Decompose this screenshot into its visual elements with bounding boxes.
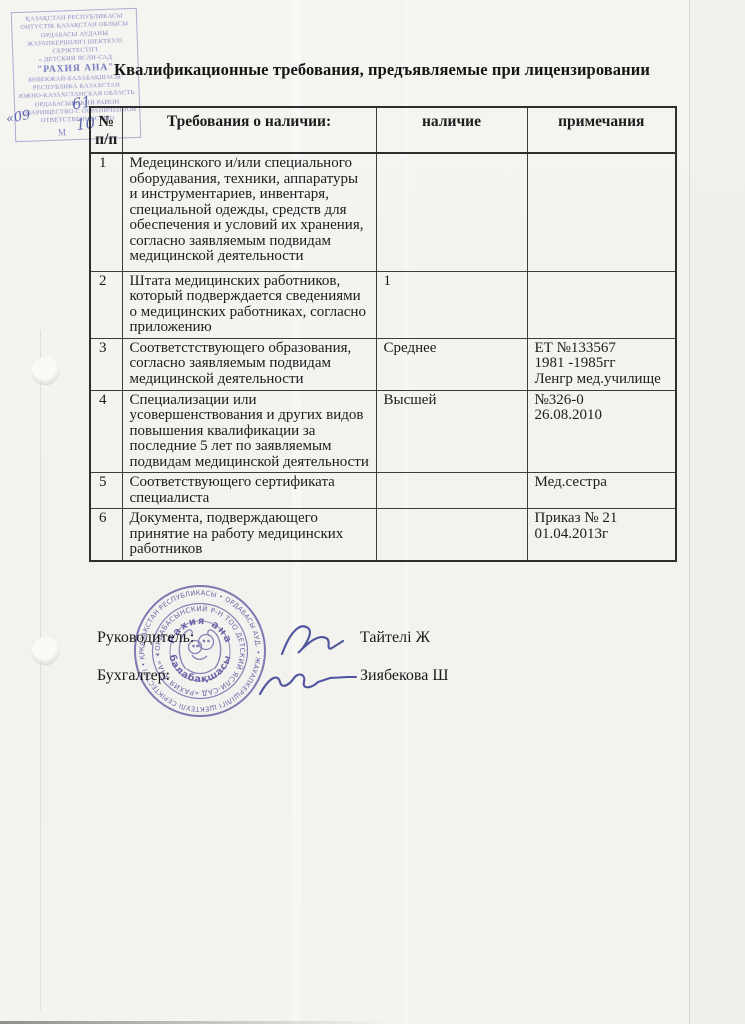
table-header-row: № п/п Требования о наличии: наличие прим…: [90, 107, 676, 153]
cell-note: №326-0 26.08.2010: [527, 390, 676, 473]
cell-availability: 1: [376, 271, 527, 338]
cell-note: [527, 271, 676, 338]
cell-note: Приказ № 21 01.04.2013г: [527, 509, 676, 561]
accountant-signature: [260, 675, 356, 694]
col-header-num: № п/п: [90, 107, 122, 153]
cell-note: [527, 153, 676, 271]
cell-availability: [376, 509, 527, 561]
table-row: 3 Соответстствующего образования, соглас…: [90, 338, 676, 390]
scan-edge-line: [689, 0, 690, 1024]
director-signature: [282, 626, 343, 654]
signature-name-accountant: Зиябекова Ш: [360, 667, 449, 685]
cell-note: ЕТ №133567 1981 -1985гг Ленгр мед.училищ…: [527, 338, 676, 390]
cell-requirement: Штата медицинских работников, который по…: [122, 271, 376, 338]
requirements-table: № п/п Требования о наличии: наличие прим…: [89, 106, 677, 562]
scanned-document-page: ҚАЗАҚСТАН РЕСПУБЛИКАСЫ ОҢТҮСТІК ҚАЗАҚСТА…: [0, 0, 745, 1024]
cell-requirement: Соответстствующего образования, согласно…: [122, 338, 376, 390]
table-row: 2 Штата медицинских работников, который …: [90, 271, 676, 338]
col-header-note: примечания: [527, 107, 676, 153]
scan-edge-band: [690, 0, 745, 1024]
cell-note: Мед.сестра: [527, 473, 676, 509]
cell-requirement: Документа, подверждающего принятие на ра…: [122, 509, 376, 561]
cell-num: 6: [90, 509, 122, 561]
paper-fold-line: [40, 330, 41, 1010]
cell-num: 1: [90, 153, 122, 271]
cell-requirement: Медецинского и/или специального оборудав…: [122, 153, 376, 271]
seal-center-figure: [179, 630, 220, 674]
cell-num: 5: [90, 473, 122, 509]
table-row: 5 Соответствующего сертификата специалис…: [90, 473, 676, 509]
table-row: 4 Специализации или усовершенствования и…: [90, 390, 676, 473]
cell-availability: [376, 473, 527, 509]
signature-name-director: Тайтелі Ж: [360, 629, 430, 647]
cell-num: 3: [90, 338, 122, 390]
cell-availability: Среднее: [376, 338, 527, 390]
col-header-availability: наличие: [376, 107, 527, 153]
punch-hole: [32, 637, 59, 664]
table-row: 1 Медецинского и/или специального оборуд…: [90, 153, 676, 271]
cell-requirement: Соответствующего сертификата специалиста: [122, 473, 376, 509]
ink-signatures: [250, 610, 370, 710]
col-header-requirement: Требования о наличии:: [122, 107, 376, 153]
seal-inner-bottom-text: балабақшасы: [166, 653, 234, 685]
table-row: 6 Документа, подверждающего принятие на …: [90, 509, 676, 561]
cell-availability: Высшей: [376, 390, 527, 473]
punch-hole: [32, 357, 59, 384]
cell-num: 2: [90, 271, 122, 338]
cell-num: 4: [90, 390, 122, 473]
document-title: Квалификационные требования, предъявляем…: [89, 60, 675, 80]
cell-availability: [376, 153, 527, 271]
cell-requirement: Специализации или усовершенствования и д…: [122, 390, 376, 473]
